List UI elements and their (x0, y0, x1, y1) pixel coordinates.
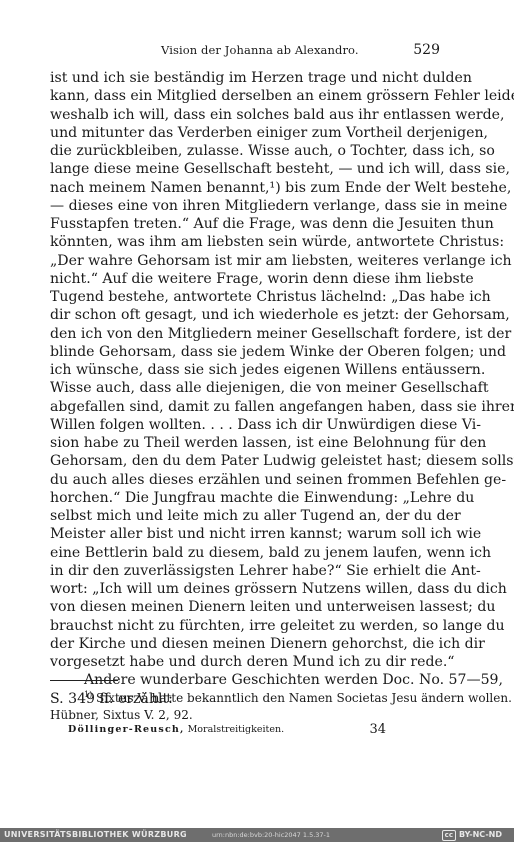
library-logo[interactable]: UNIVERSITÄTSBIBLIOTHEK WÜRZBURG (4, 830, 187, 839)
text-line: Willen folgen wollten. . . . Dass ich di… (50, 416, 440, 434)
footnote-text: Sixtus V. hatte bekanntlich den Namen So… (96, 691, 512, 705)
text-line: horchen.“ Die Jungfrau machte die Einwen… (50, 489, 440, 507)
license-badge[interactable]: ccBY-NC-ND (442, 830, 502, 841)
text-line: der Kirche und diesen meinen Dienern geh… (50, 635, 440, 653)
text-line: — dieses eine von ihren Mitgliedern verl… (50, 197, 440, 215)
text-line: sion habe zu Theil werden lassen, ist ei… (50, 434, 440, 452)
text-line: du auch alles dieses erzählen und seinen… (50, 471, 440, 489)
text-line: ich wünsche, dass sie sich jedes eigenen… (50, 361, 440, 379)
text-line: Gehorsam, den du dem Pater Ludwig geleis… (50, 452, 440, 470)
text-line: dir schon oft gesagt, und ich wiederhole… (50, 306, 440, 324)
document-page: Vision der Johanna ab Alexandro. 529 ist… (0, 0, 514, 825)
signature-work: Moralstreitigkeiten. (188, 724, 285, 735)
text-line: wort: „Ich will um deines grössern Nutze… (50, 580, 440, 598)
digitization-footer-bar: UNIVERSITÄTSBIBLIOTHEK WÜRZBURG urn:nbn:… (0, 828, 514, 842)
text-line: Meister aller bist und nicht irren kanns… (50, 525, 440, 543)
text-line: lange diese meine Gesellschaft besteht, … (50, 160, 440, 178)
running-header: Vision der Johanna ab Alexandro. 529 (50, 43, 440, 63)
text-line: kann, dass ein Mitglied derselben an ein… (50, 87, 440, 105)
text-line: Wisse auch, dass alle diejenigen, die vo… (50, 379, 440, 397)
cc-icon: cc (442, 830, 456, 841)
text-line: und mitunter das Verderben einiger zum V… (50, 124, 440, 142)
text-line: abgefallen sind, damit zu fallen angefan… (50, 398, 440, 416)
sheet-number: 34 (369, 722, 386, 737)
urn-identifier[interactable]: urn:nbn:de:bvb:20-hic2047 1.5.37-1 (212, 831, 330, 839)
text-line: nicht.“ Auf die weitere Frage, worin den… (50, 270, 440, 288)
text-line: könnten, was ihm am liebsten sein würde,… (50, 233, 440, 251)
printer-signature: Döllinger-Reusch, Moralstreitigkeiten. 3… (68, 724, 386, 738)
footnote-marker: 1) (84, 690, 92, 699)
text-line: eine Bettlerin bald zu diesem, bald zu j… (50, 544, 440, 562)
text-line: ist und ich sie beständig im Herzen trag… (50, 69, 440, 87)
text-line: Fusstapfen treten.“ Auf die Frage, was d… (50, 215, 440, 233)
footnote-line: 1) Sixtus V. hatte bekanntlich den Namen… (50, 690, 440, 707)
text-line: von diesen meinen Dienern leiten und unt… (50, 598, 440, 616)
text-line: vorgesetzt habe und durch deren Mund ich… (50, 653, 440, 671)
footnote: 1) Sixtus V. hatte bekanntlich den Namen… (50, 690, 440, 724)
license-label: BY-NC-ND (459, 830, 502, 839)
text-line: Tugend bestehe, antwortete Christus läch… (50, 288, 440, 306)
text-line: die zurückbleiben, zulasse. Wisse auch, … (50, 142, 440, 160)
text-line: blinde Gehorsam, dass sie jedem Winke de… (50, 343, 440, 361)
text-line: den ich von den Mitgliedern meiner Gesel… (50, 325, 440, 343)
page-number: 529 (413, 42, 440, 58)
running-title: Vision der Johanna ab Alexandro. (161, 43, 359, 57)
text-line: in dir den zuverlässigsten Lehrer habe?“… (50, 562, 440, 580)
body-text: ist und ich sie beständig im Herzen trag… (50, 69, 440, 708)
text-line: selbst mich und leite mich zu aller Tuge… (50, 507, 440, 525)
text-line: brauchst nicht zu fürchten, irre geleite… (50, 617, 440, 635)
signature-author: Döllinger-Reusch, (68, 724, 185, 735)
footnote-divider (50, 680, 118, 681)
text-line: nach meinem Namen benannt,¹) bis zum End… (50, 179, 440, 197)
text-line: weshalb ich will, dass ein solches bald … (50, 106, 440, 124)
text-line: „Der wahre Gehorsam ist mir am liebsten,… (50, 252, 440, 270)
